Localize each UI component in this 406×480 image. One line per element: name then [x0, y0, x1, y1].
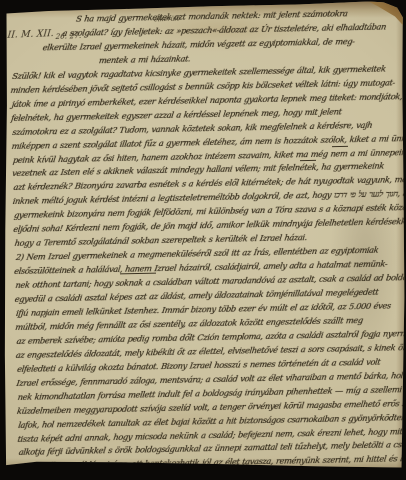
manuscript-line: hogy a Teremtő szolgálatánál sokban szer… — [14, 232, 308, 248]
manuscript-line: S ha majd gyermekeitek azt mondanák nekt… — [75, 8, 348, 23]
ink-layer: II. M. XII.26. 27. elkerülő S ha majd gy… — [6, 0, 406, 470]
scan-background: II. M. XII.26. 27. elkerülő S ha majd gy… — [0, 0, 406, 480]
manuscript-line: mentek a mi házainkat. — [98, 53, 191, 65]
margin-citation-book: II. M. XII. — [7, 29, 54, 41]
manuscript-line: elkerülte Izrael gyermekeinek házait, mi… — [42, 36, 355, 52]
manuscript-paper: II. M. XII.26. 27. elkerülő S ha majd gy… — [0, 0, 406, 480]
manuscript-line: felelnétek, ha gyermekeitek egyszer azza… — [10, 106, 342, 123]
